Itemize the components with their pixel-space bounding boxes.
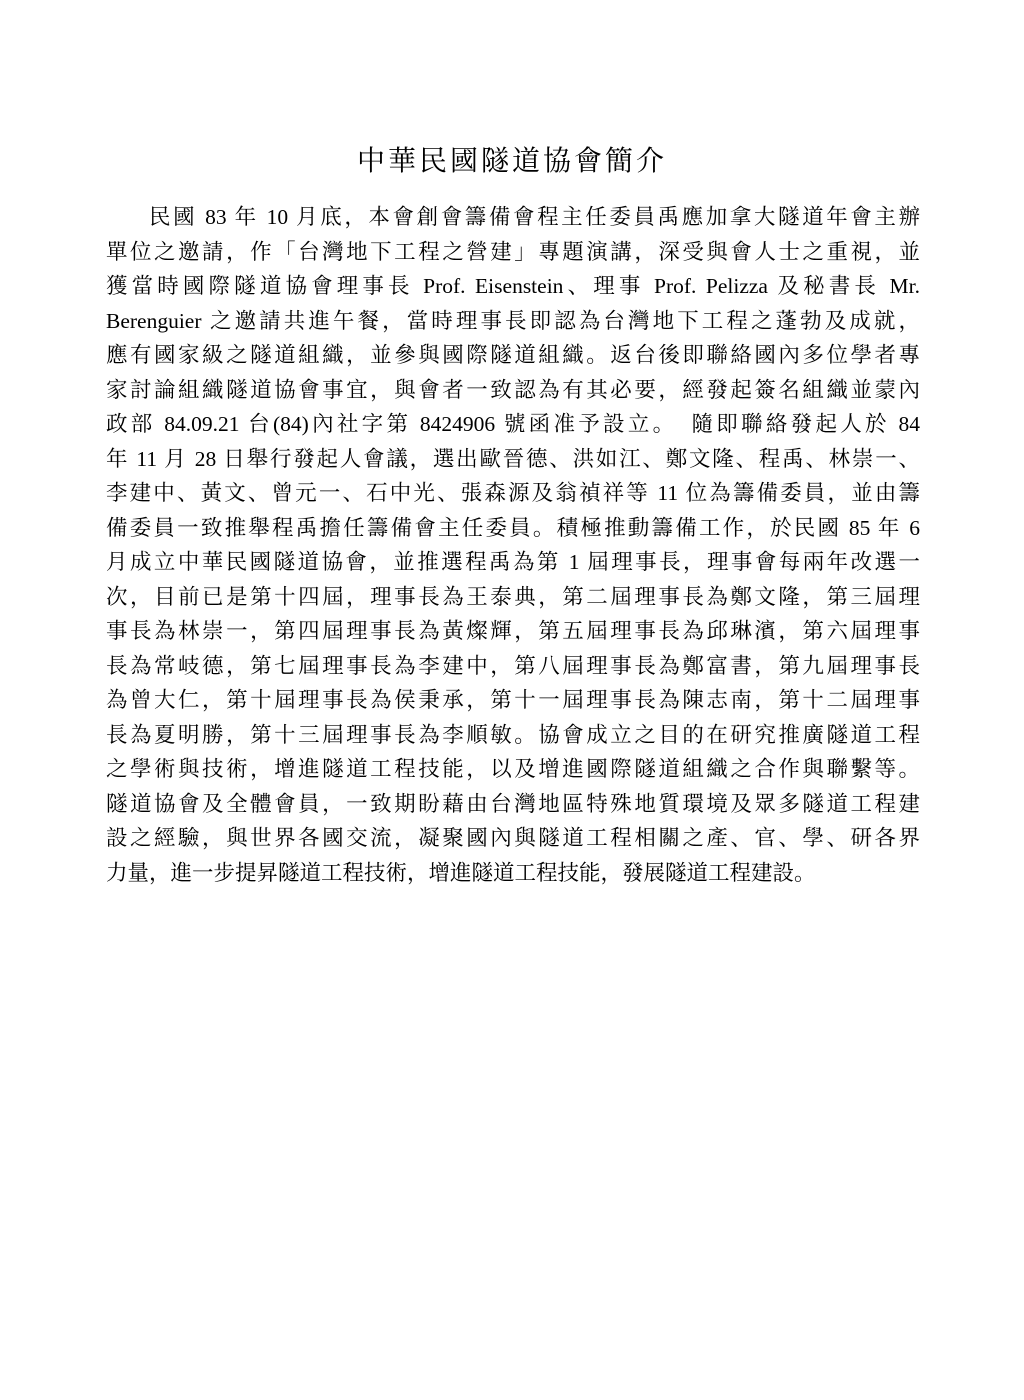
document-body: 民國 83 年 10 月底，本會創會籌備會程主任委員禹應加拿大隧道年會主辦 單位… <box>106 200 920 890</box>
text-line: 事長為林崇一，第四屆理事長為黃燦輝，第五屆理事長為邱琳濱，第六屆理事 <box>106 614 920 649</box>
text-line: 月成立中華民國隧道協會，並推選程禹為第 1 屆理事長，理事會每兩年改選一 <box>106 545 920 580</box>
text-line: 為曾大仁，第十屆理事長為侯秉承，第十一屆理事長為陳志南，第十二屆理事 <box>106 683 920 718</box>
text-line: 備委員一致推舉程禹擔任籌備會主任委員。積極推動籌備工作，於民國 85 年 6 <box>106 511 920 546</box>
text-line: 長為常岐德，第七屆理事長為李建中，第八屆理事長為鄭富書，第九屆理事長 <box>106 649 920 684</box>
text-line: 家討論組織隧道協會事宜，與會者一致認為有其必要，經發起簽名組織並蒙內 <box>106 373 920 408</box>
text-line: 年 11 月 28 日舉行發起人會議，選出歐晉德、洪如江、鄭文隆、程禹、林崇一、 <box>106 442 920 477</box>
text-line: 次，目前已是第十四屆，理事長為王泰典，第二屆理事長為鄭文隆，第三屆理 <box>106 580 920 615</box>
text-line: 政部 84.09.21 台(84)內社字第 8424906 號函准予設立。 隨即… <box>106 407 920 442</box>
text-line: 力量，進一步提昇隧道工程技術，增進隧道工程技能，發展隧道工程建設。 <box>106 856 920 891</box>
text-line: 單位之邀請，作「台灣地下工程之營建」專題演講，深受與會人士之重視，並 <box>106 235 920 270</box>
text-line: 李建中、黃文、曾元一、石中光、張森源及翁禎祥等 11 位為籌備委員，並由籌 <box>106 476 920 511</box>
document-title: 中華民國隧道協會簡介 <box>0 143 1024 181</box>
text-line: Berenguier 之邀請共進午餐，當時理事長即認為台灣地下工程之蓬勃及成就， <box>106 304 920 339</box>
text-line: 民國 83 年 10 月底，本會創會籌備會程主任委員禹應加拿大隧道年會主辦 <box>106 200 920 235</box>
text-line: 長為夏明勝，第十三屆理事長為李順敏。協會成立之目的在研究推廣隧道工程 <box>106 718 920 753</box>
document-page: 中華民國隧道協會簡介 民國 83 年 10 月底，本會創會籌備會程主任委員禹應加… <box>0 0 1024 1400</box>
text-line: 設之經驗，與世界各國交流，凝聚國內與隧道工程相關之產、官、學、研各界 <box>106 821 920 856</box>
text-line: 應有國家級之隧道組織，並參與國際隧道組織。返台後即聯絡國內多位學者專 <box>106 338 920 373</box>
text-line: 之學術與技術，增進隧道工程技能，以及增進國際隧道組織之合作與聯繫等。 <box>106 752 920 787</box>
text-line: 獲當時國際隧道協會理事長 Prof. Eisenstein、理事 Prof. P… <box>106 269 920 304</box>
text-line: 隧道協會及全體會員，一致期盼藉由台灣地區特殊地質環境及眾多隧道工程建 <box>106 787 920 822</box>
